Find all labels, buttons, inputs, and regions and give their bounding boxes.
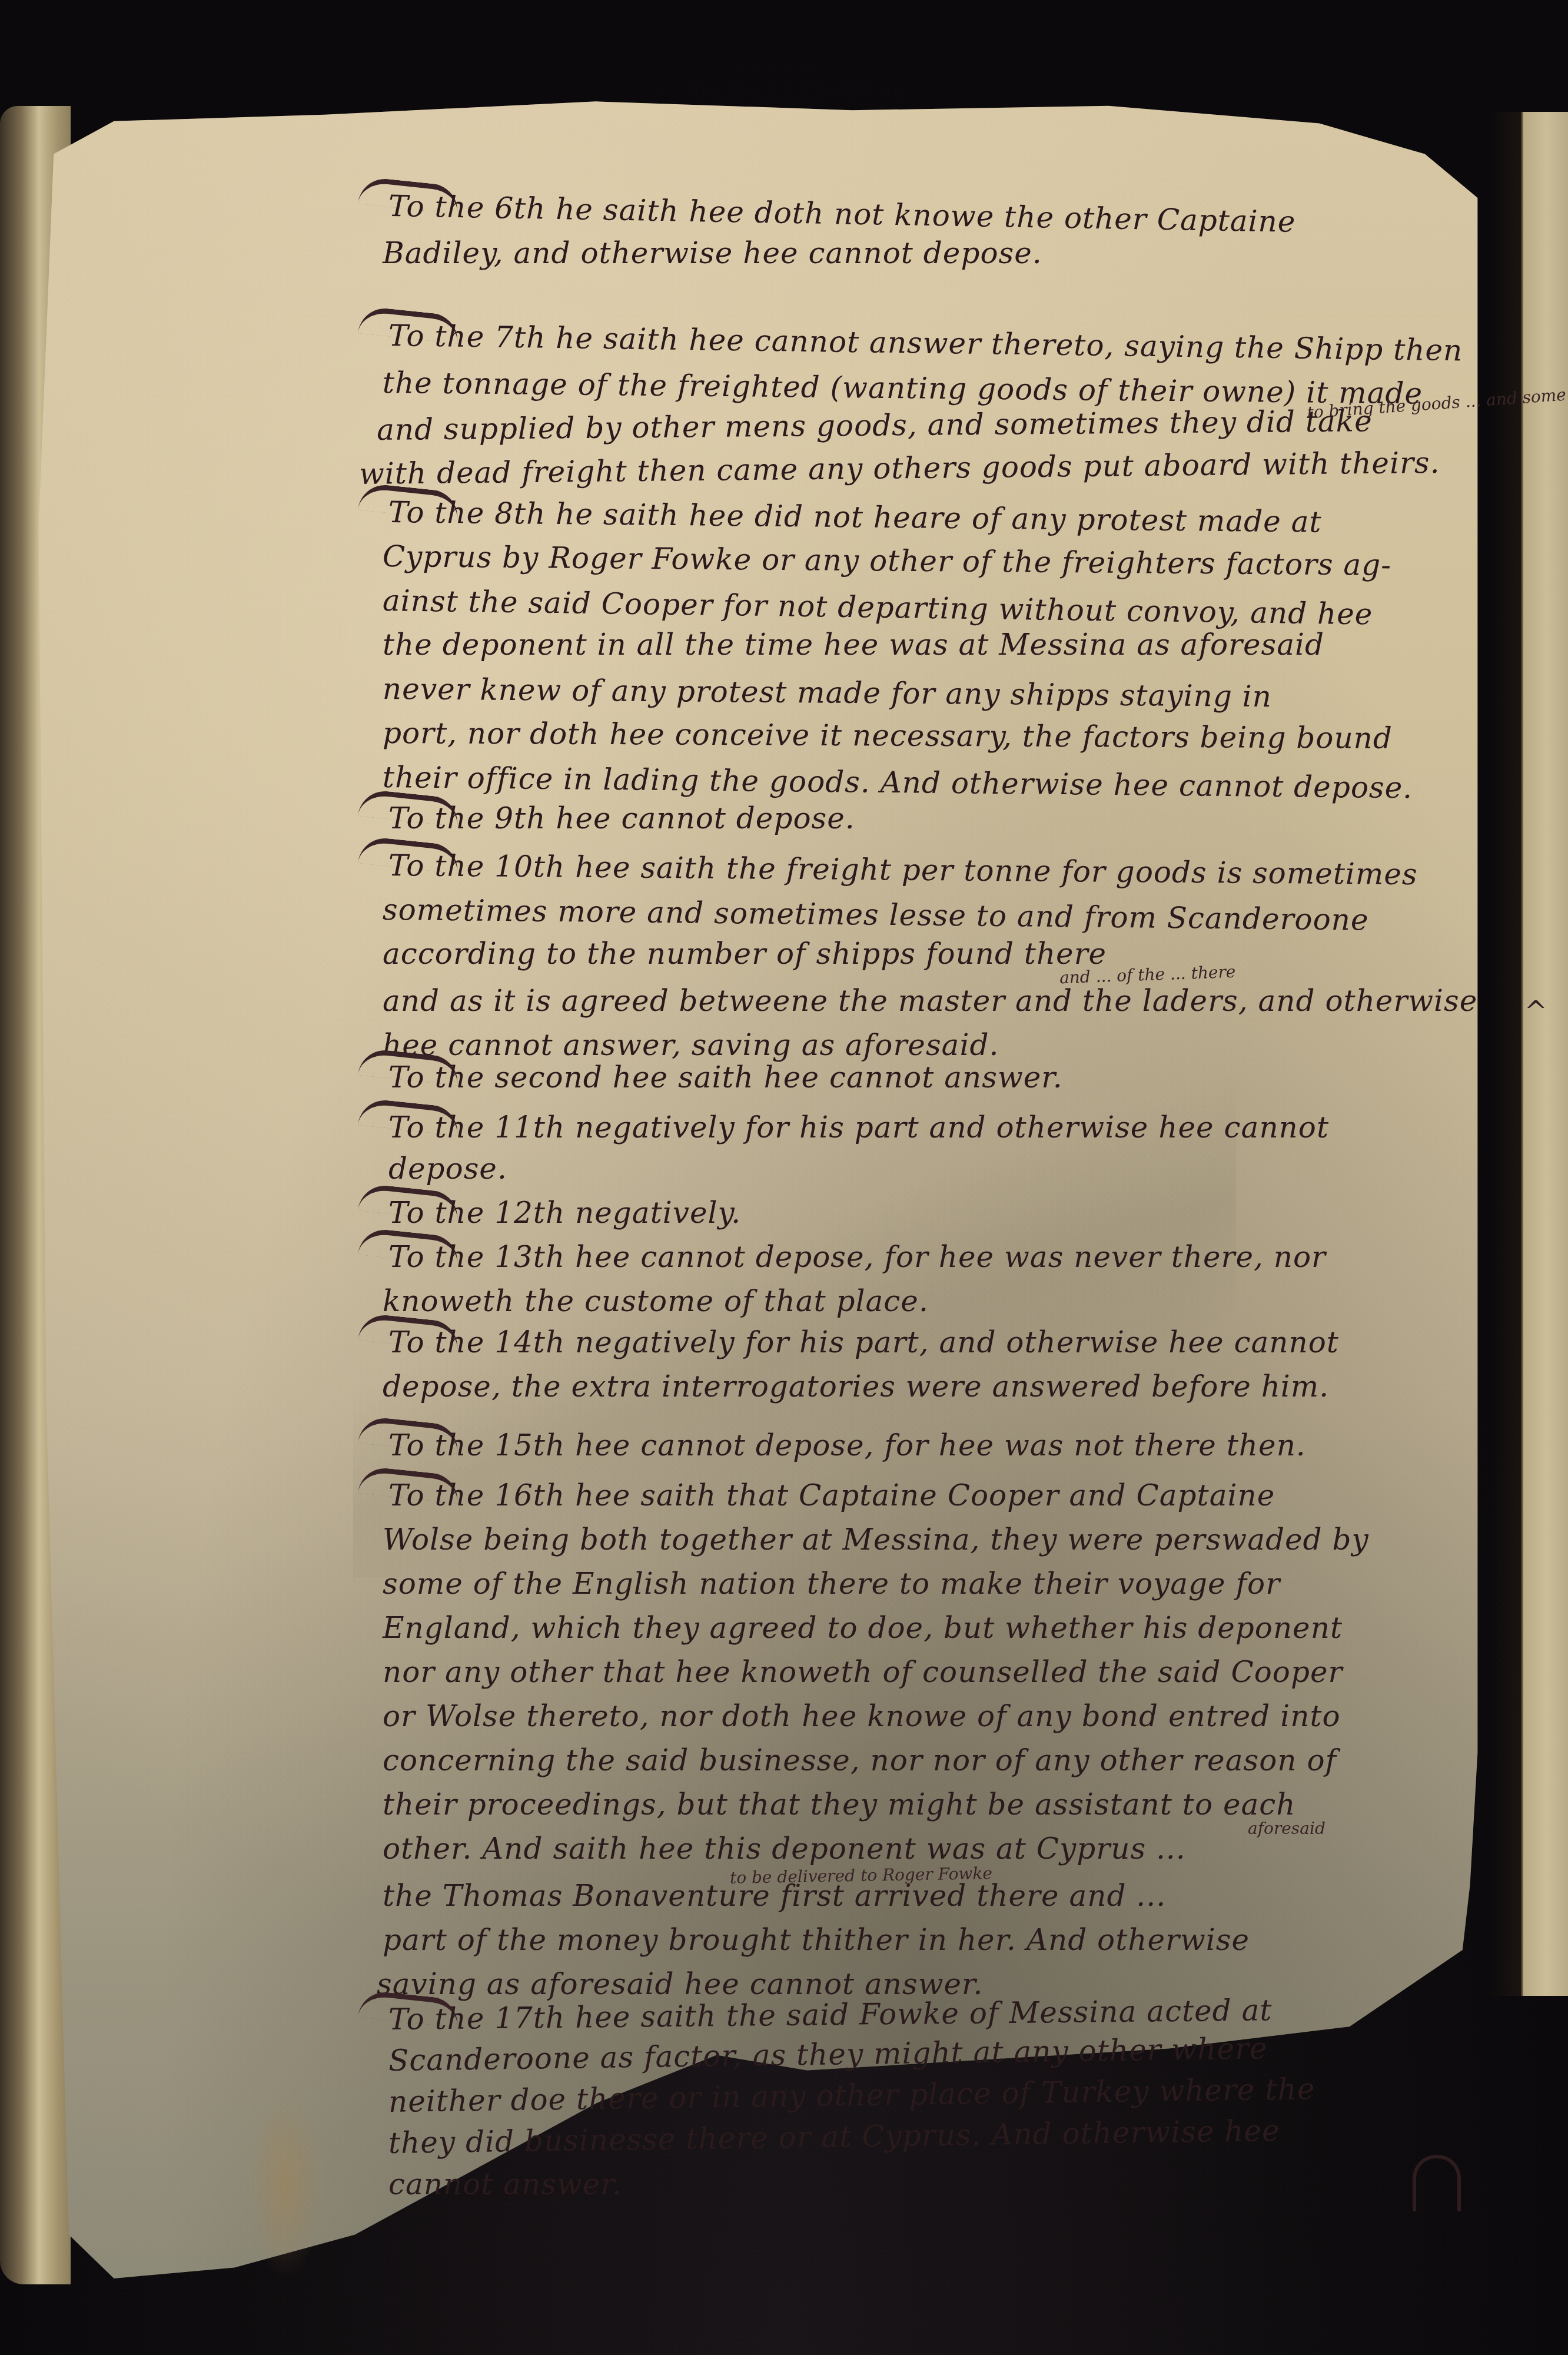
text-line: depose, the extra interrogatories were a… (383, 1369, 1329, 1404)
text-line: Wolse being both together at Messina, th… (383, 1522, 1369, 1557)
text-line: or Wolse thereto, nor doth hee knowe of … (383, 1699, 1341, 1734)
interlinear-insertion: aforesaid (1248, 1819, 1326, 1838)
text-line: knoweth the custome of that place. (383, 1283, 929, 1319)
text-line: their proceedings, but that they might b… (383, 1787, 1295, 1822)
text-line: To the 14th negatively for his part, and… (388, 1325, 1339, 1360)
end-flourish-icon (1413, 2155, 1461, 2211)
text-line: concerning the said businesse, nor nor o… (383, 1743, 1337, 1778)
text-line: To the 16th hee saith that Captaine Coop… (388, 1478, 1275, 1513)
text-line: To the second hee saith hee cannot answe… (388, 1060, 1063, 1095)
text-line: other. And saith hee this deponent was a… (383, 1831, 1186, 1866)
text-line: and as it is agreed betweene the master … (383, 983, 1477, 1019)
text-line: To the 12th negatively. (388, 1195, 741, 1230)
text-line: port, nor doth hee conceive it necessary… (383, 715, 1393, 756)
text-line: according to the number of shipps found … (383, 936, 1107, 971)
water-stain (247, 2090, 324, 2278)
text-line: hee cannot answer, saving as aforesaid. (383, 1027, 999, 1063)
text-line: the Thomas Bonaventure first arrived the… (383, 1878, 1166, 1913)
text-line: depose. (388, 1151, 507, 1186)
text-line: To the 13th hee cannot depose, for hee w… (388, 1239, 1326, 1275)
text-line: England, which they agreed to doe, but w… (383, 1610, 1343, 1646)
text-line: some of the English nation there to make… (383, 1566, 1280, 1601)
margin-caret-icon: ^ (1524, 995, 1547, 1027)
text-line: To the 11th negatively for his part and … (388, 1110, 1329, 1145)
text-line: the deponent in all the time hee was at … (383, 627, 1324, 662)
text-line: Badiley, and otherwise hee cannot depose… (383, 235, 1042, 271)
text-line: nor any other that hee knoweth of counse… (383, 1654, 1343, 1690)
text-line: cannot answer. (388, 2167, 622, 2202)
text-line: To the 9th hee cannot depose. (388, 801, 855, 836)
text-line: To the 15th hee cannot depose, for hee w… (388, 1428, 1306, 1463)
text-line: part of the money brought thither in her… (383, 1922, 1250, 1958)
